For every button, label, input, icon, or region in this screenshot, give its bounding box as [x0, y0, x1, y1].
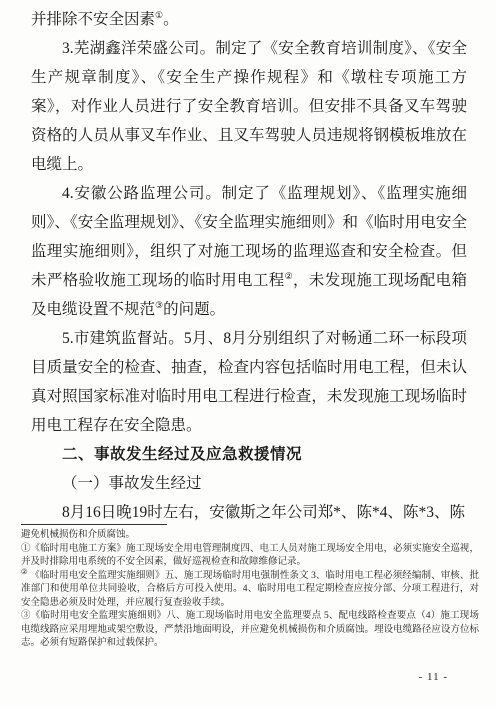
footnote-continuation: 避免机械损伤和介质腐蚀。 — [21, 529, 479, 543]
document-body: 并排除不安全因素①。 3.芜湖鑫洋荣盛公司。制定了《安全教育培训制度》、《安全生… — [31, 5, 467, 527]
paragraph-text: 的问题。 — [163, 301, 225, 318]
footnote-marker-1: ① — [21, 544, 31, 554]
footnote-marker-2: ② — [21, 566, 28, 575]
footnotes-section: 避免机械损伤和介质腐蚀。 ①《临时用电施工方案》施工现场安全用电管理制度四、电工… — [21, 524, 479, 651]
paragraph-item-3: 3.芜湖鑫洋荣盛公司。制定了《安全教育培训制度》、《安全生产规章制度》、《安全生… — [31, 34, 467, 179]
paragraph-text: 。 — [163, 11, 179, 28]
page-number: - 11 - — [419, 671, 448, 683]
section-heading: 二、事故发生经过及应急救援情况 — [31, 440, 467, 469]
paragraph-text: 并排除不安全因素 — [31, 11, 155, 28]
paragraph-event: 8月16日晚19时左右，安徽斯之年公司郑*、陈*4、陈*3、陈 — [31, 498, 467, 527]
footnote-ref-1: ① — [155, 10, 163, 20]
footnote-3: ③《临时用电安全监理实施细则》八、施工现场临时用电安全监理要点 5、配电线路检查… — [21, 610, 479, 651]
footnote-1: ①《临时用电施工方案》施工现场安全用电管理制度四、电工人员对施工现场安全用电，必… — [21, 543, 479, 570]
footnote-marker-3: ③ — [21, 611, 31, 621]
document-page: 并排除不安全因素①。 3.芜湖鑫洋荣盛公司。制定了《安全教育培训制度》、《安全生… — [0, 0, 496, 709]
paragraph-item-5: 5.市建筑监督站。5月、8月分别组织了对畅通二环一标段项目质量安全的检查、抽查，… — [31, 324, 467, 440]
footnote-ref-2: ② — [285, 271, 293, 281]
footnote-ref-3: ③ — [155, 300, 163, 310]
footnote-separator — [21, 524, 167, 525]
footnote-text: 《临时用电施工方案》施工现场安全用电管理制度四、电工人员对施工现场安全用电，必须… — [21, 544, 479, 568]
footnote-text: 《临时用电安全监理实施细则》八、施工现场临时用电安全监理要点 5、配电线路检查要… — [21, 611, 479, 648]
paragraph-item-4: 4.安徽公路监理公司。制定了《监理规划》、《监理实施细则》、《安全监理规划》、《… — [31, 179, 467, 324]
footnote-2: ② 《临时用电安全监理实施细则》五、施工现场临时用电强制性条文 3、临时用电工程… — [21, 570, 479, 611]
footnote-text: 《临时用电安全监理实施细则》五、施工现场临时用电强制性条文 3、临时用电工程必须… — [21, 571, 479, 608]
paragraph-continuation: 并排除不安全因素①。 — [31, 5, 467, 34]
subsection-heading: （一）事故发生经过 — [31, 469, 467, 498]
